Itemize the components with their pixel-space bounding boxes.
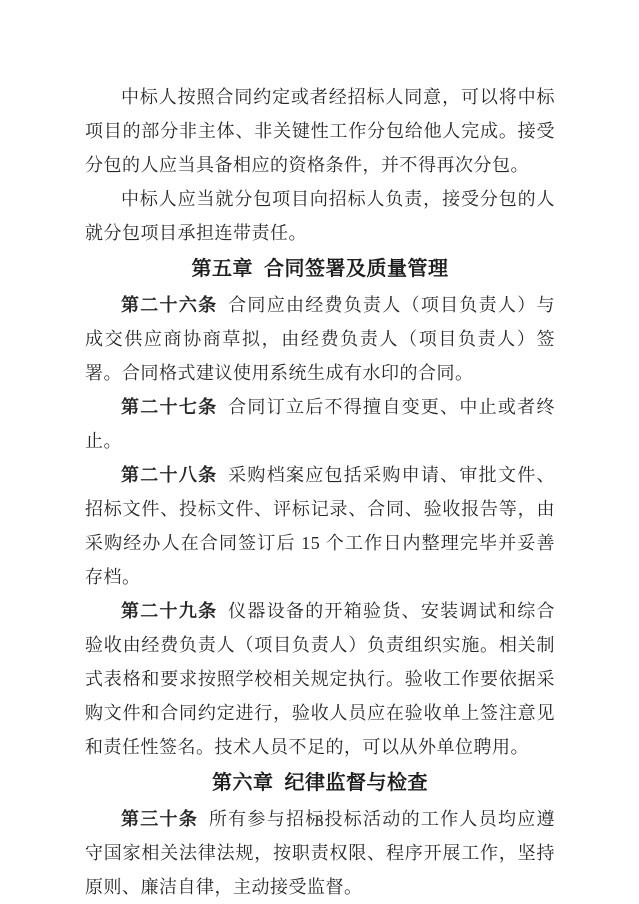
paragraph-text: 仪器设备的开箱验货、安装调试和综合验收由经费负责人（项目负责人）负责组织实施。相…: [85, 601, 555, 757]
paragraph: 第二十七条合同订立后不得擅自变更、中止或者终止。: [85, 390, 555, 458]
chapter-title: 合同签署及质量管理: [264, 258, 449, 280]
paragraph: 中标人按照合同约定或者经招标人同意，可以将中标项目的部分非主体、非关键性工作分包…: [85, 80, 555, 182]
article-number: 第二十七条: [121, 397, 217, 417]
chapter-heading: 第五章合同签署及质量管理: [85, 250, 555, 288]
chapter-heading: 第六章纪律监督与检查: [85, 764, 555, 802]
article-number: 第二十六条: [121, 295, 217, 315]
paragraph: 中标人应当就分包项目向招标人负责，接受分包的人就分包项目承担连带责任。: [85, 182, 555, 250]
paragraph-text: 中标人应当就分包项目向招标人负责，接受分包的人就分包项目承担连带责任。: [85, 189, 555, 243]
paragraph: 第二十六条合同应由经费负责人（项目负责人）与成交供应商协商草拟，由经费负责人（项…: [85, 288, 555, 390]
document-body: 中标人按照合同约定或者经招标人同意，可以将中标项目的部分非主体、非关键性工作分包…: [85, 80, 555, 904]
document-page: 中标人按照合同约定或者经招标人同意，可以将中标项目的部分非主体、非关键性工作分包…: [0, 0, 639, 904]
chapter-number: 第六章: [212, 772, 274, 794]
paragraph-text: 中标人按照合同约定或者经招标人同意，可以将中标项目的部分非主体、非关键性工作分包…: [85, 87, 555, 175]
article-number: 第二十八条: [121, 465, 217, 485]
page-number: 8: [0, 810, 639, 834]
article-number: 第二十九条: [121, 601, 217, 621]
paragraph: 第二十八条采购档案应包括采购申请、审批文件、招标文件、投标文件、评标记录、合同、…: [85, 458, 555, 594]
chapter-number: 第五章: [192, 258, 254, 280]
chapter-title: 纪律监督与检查: [285, 772, 429, 794]
paragraph: 第二十九条仪器设备的开箱验货、安装调试和综合验收由经费负责人（项目负责人）负责组…: [85, 594, 555, 764]
